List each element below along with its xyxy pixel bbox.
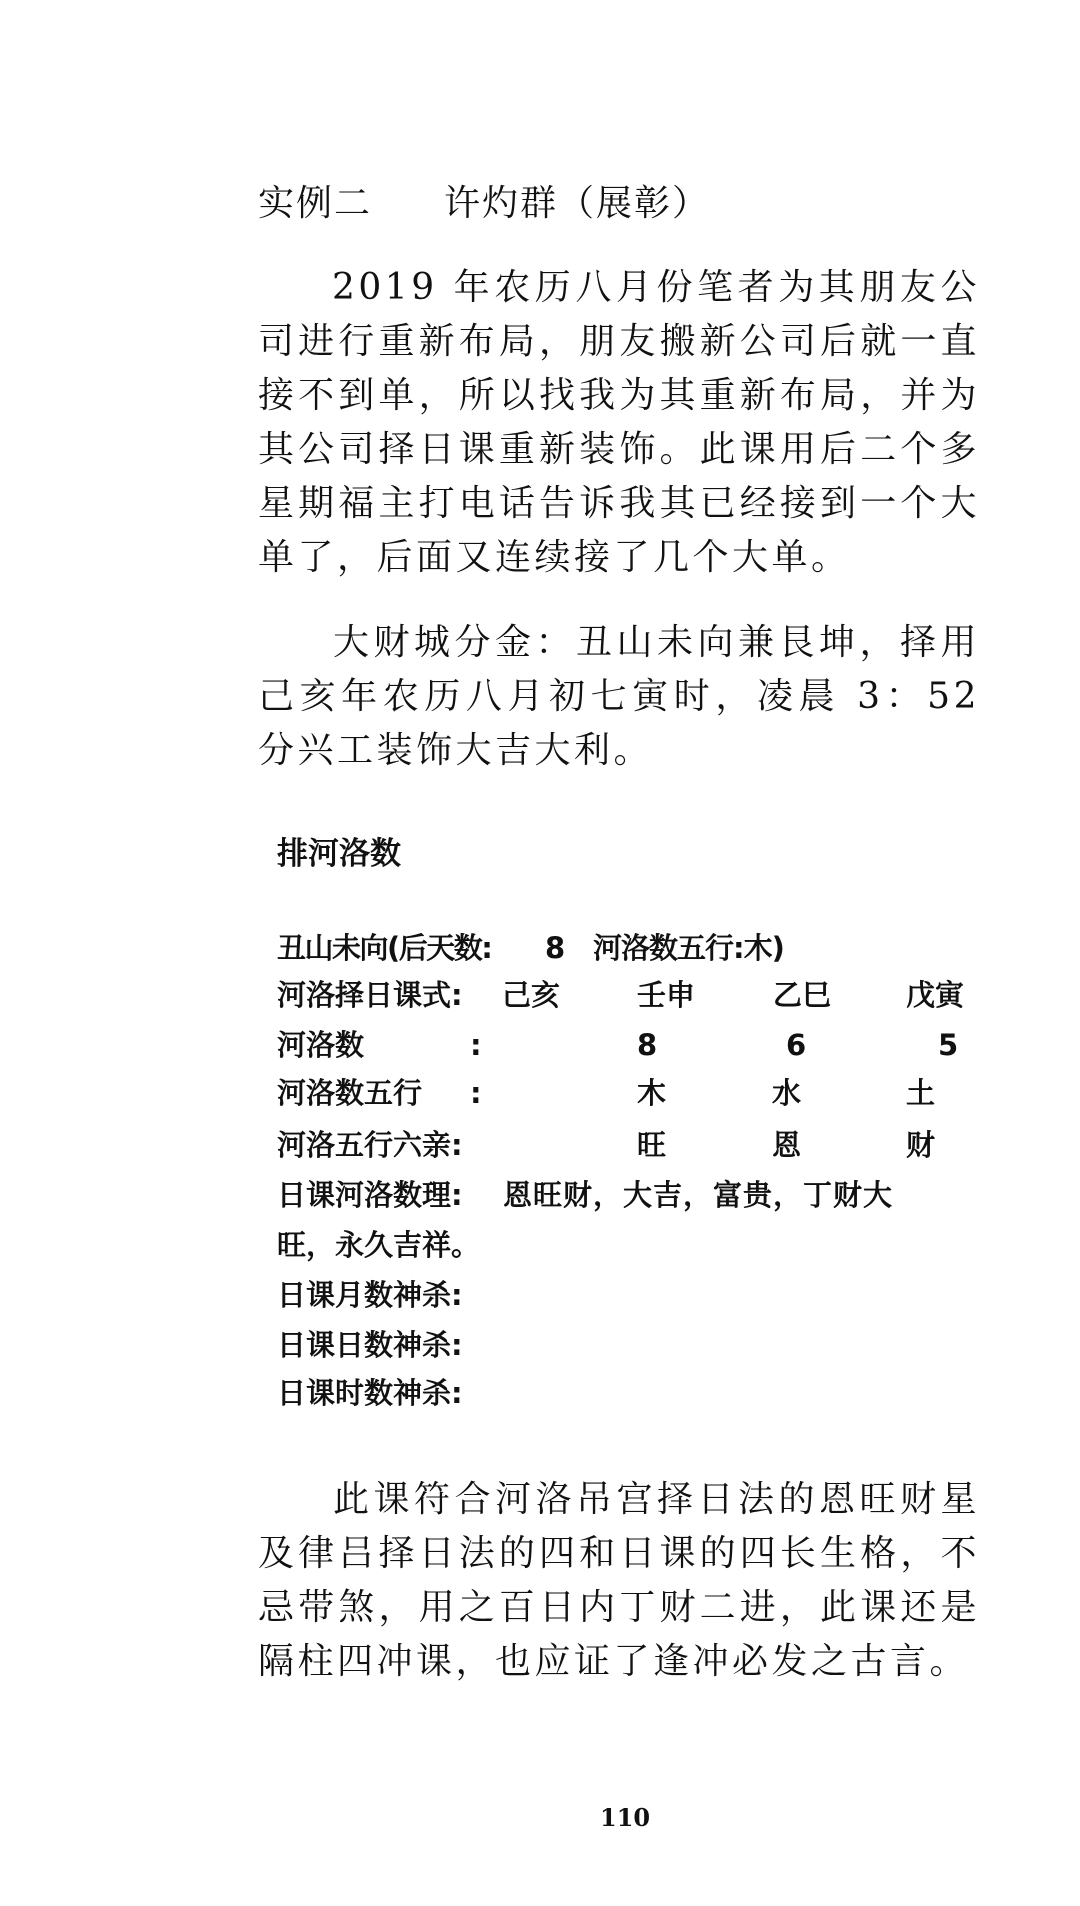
wuxing-month: 木 — [637, 1075, 666, 1111]
row-label-kelshi: 河洛择日课式: — [277, 977, 463, 1013]
conclusion-paragraph: 此课符合河洛吊宫择日法的恩旺财星及律吕择日法的四和日课的四长生格，不忌带煞，用之… — [258, 1473, 980, 1689]
mountain-number: 8 — [545, 930, 565, 966]
row-label-heluoshu: 河洛数 — [277, 1027, 364, 1063]
liuqin-month: 旺 — [637, 1127, 666, 1163]
page-number: 110 — [600, 1803, 650, 1833]
row-label-shuli: 日课河洛数理: — [277, 1177, 463, 1213]
example-label: 实例二 — [258, 183, 372, 224]
row-label-hour-shensha: 日课时数神杀: — [277, 1375, 463, 1411]
pillar-month: 壬申 — [637, 977, 695, 1013]
row-label-liuqin: 河洛五行六亲: — [277, 1127, 463, 1163]
example-heading: 实例二许灼群（展彰） — [258, 182, 710, 226]
intro-paragraph: 2019 年农历八月份笔者为其朋友公司进行重新布局，朋友搬新公司后就一直接不到单… — [258, 261, 980, 585]
pillar-hour: 戊寅 — [906, 977, 964, 1013]
row-label-month-shensha: 日课月数神杀: — [277, 1277, 463, 1313]
row-colon: : — [470, 1075, 482, 1111]
number-hour: 5 — [938, 1027, 958, 1063]
row-colon: : — [470, 1027, 482, 1063]
wuxing-hour: 土 — [906, 1075, 935, 1111]
mountain-wuxing: 河洛数五行:木) — [593, 930, 784, 966]
detail-paragraph: 大财城分金：丑山未向兼艮坤，择用己亥年农历八月初七寅时，凌晨 3：52 分兴工装… — [258, 616, 980, 778]
number-day: 6 — [786, 1027, 806, 1063]
shuli-value-line2: 旺，永久吉祥。 — [277, 1227, 480, 1263]
number-month: 8 — [637, 1027, 657, 1063]
row-label-wuxing: 河洛数五行 — [277, 1075, 422, 1111]
mountain-prefix: 丑山未向(后天数: — [277, 930, 491, 966]
pillar-year: 己亥 — [502, 977, 560, 1013]
liuqin-day: 恩 — [772, 1127, 801, 1163]
pillar-day: 乙巳 — [773, 977, 831, 1013]
shuli-value-line1: 恩旺财，大吉，富贵，丁财大 — [503, 1177, 893, 1213]
liuqin-hour: 财 — [906, 1127, 935, 1163]
example-title: 许灼群（展彰） — [444, 183, 710, 224]
section-title: 排河洛数 — [277, 834, 401, 874]
row-label-day-shensha: 日课日数神杀: — [277, 1327, 463, 1363]
wuxing-day: 水 — [772, 1075, 801, 1111]
